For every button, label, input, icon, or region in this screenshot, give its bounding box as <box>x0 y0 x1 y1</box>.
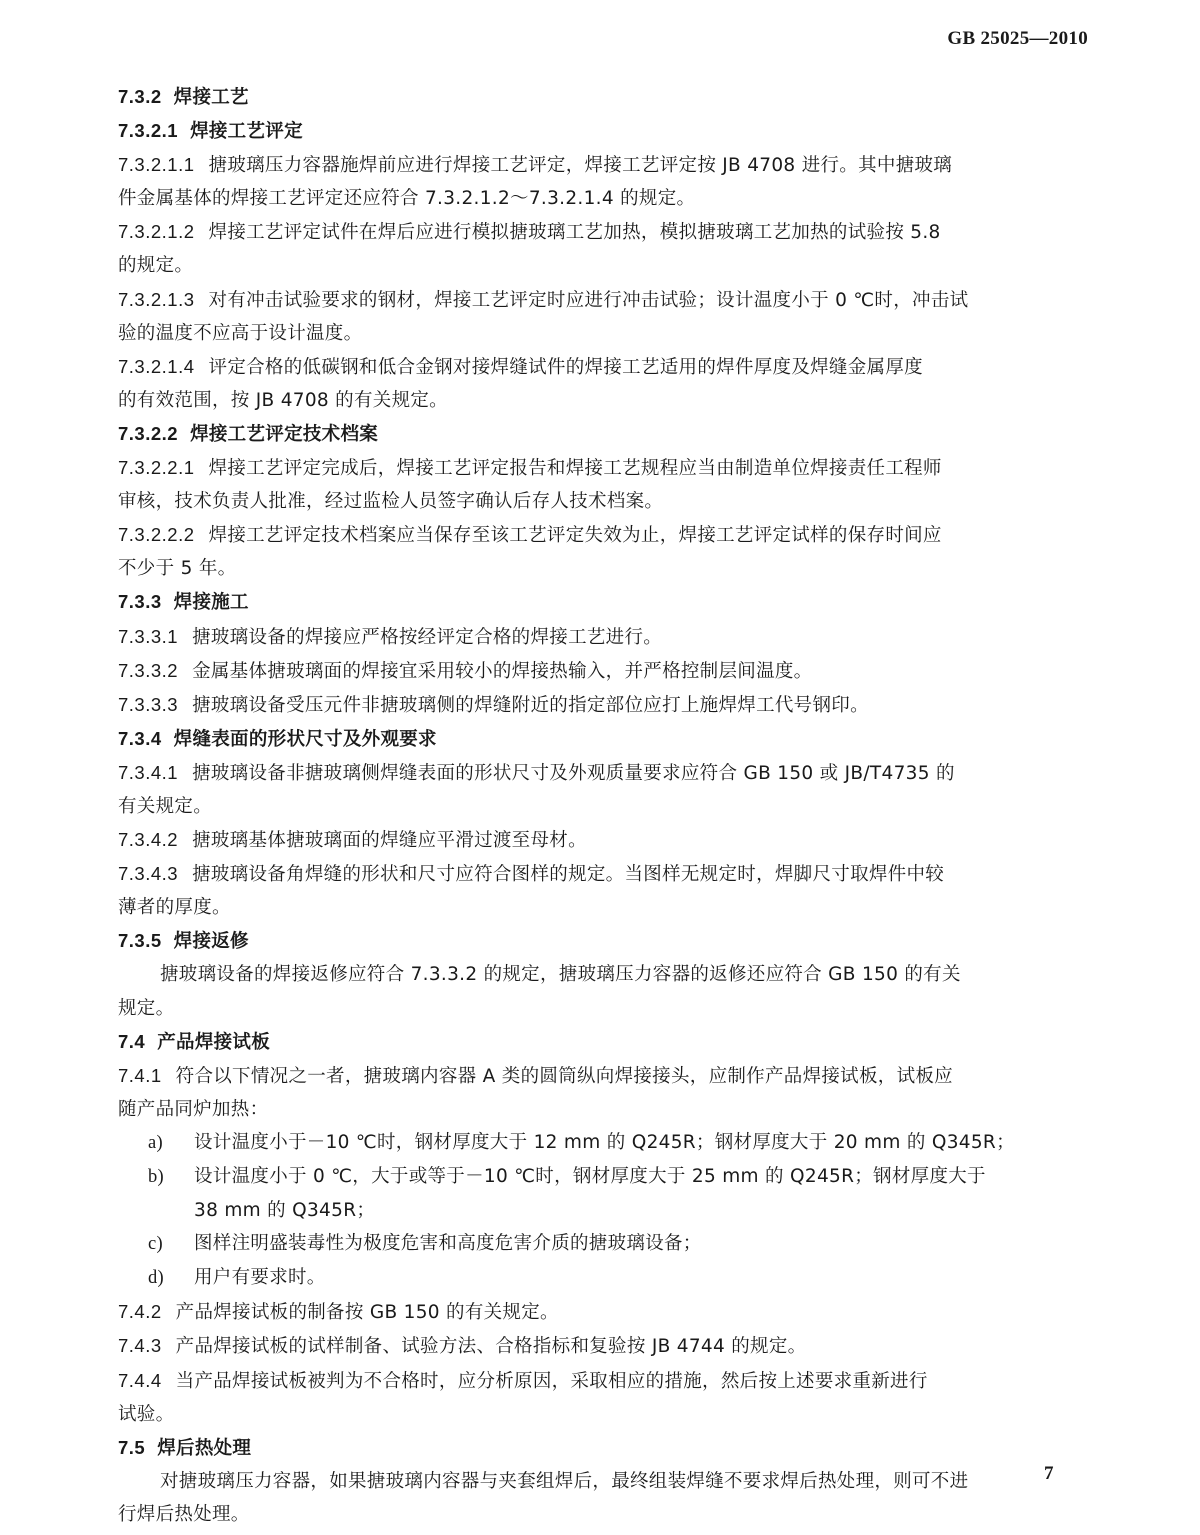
clause-text: 的规定。 <box>118 255 193 276</box>
paragraph-continuation: 规定。 <box>118 992 1078 1025</box>
paragraph-continuation: 审核，技术负责人批准，经过监检人员签字确认后存人技术档案。 <box>118 485 1078 518</box>
clause-text: 产品焊接试板 <box>157 1032 270 1053</box>
standard-code-header: GB 25025—2010 <box>947 28 1088 50</box>
clause-text: 薄者的厚度。 <box>118 897 231 918</box>
clause-number: 7.3.2.2.2 <box>118 524 195 545</box>
clause-number: 7.5 <box>118 1437 145 1458</box>
clause-text: 焊接工艺评定 <box>190 121 303 142</box>
clause-text: 对搪玻璃压力容器，如果搪玻璃内容器与夹套组焊后，最终组装焊缝不要求焊后热处理，则… <box>160 1471 968 1492</box>
list-item: a)设计温度小于－10 ℃时，钢材厚度大于 12 mm 的 Q245R；钢材厚度… <box>118 1126 1078 1160</box>
clause-text: 焊缝表面的形状尺寸及外观要求 <box>174 729 437 750</box>
clause-number: 7.3.2.1.1 <box>118 154 195 175</box>
clause-number: 7.4.3 <box>118 1335 162 1356</box>
clause-text: 产品焊接试板的制备按 GB 150 的有关规定。 <box>176 1302 559 1323</box>
clause-paragraph: 7.4.4当产品焊接试板被判为不合格时，应分析原因，采取相应的措施，然后按上述要… <box>118 1364 1078 1398</box>
clause-paragraph: 7.3.2.1.1搪玻璃压力容器施焊前应进行焊接工艺评定，焊接工艺评定按 JB … <box>118 148 1078 182</box>
clause-text: 行焊后热处理。 <box>118 1504 250 1525</box>
clause-text: 评定合格的低碳钢和低合金钢对接焊缝试件的焊接工艺适用的焊件厚度及焊缝金属厚度 <box>209 357 923 378</box>
clause-text: 的有效范围，按 JB 4708 的有关规定。 <box>118 390 448 411</box>
clause-text: 搪玻璃设备受压元件非搪玻璃侧的焊缝附近的指定部位应打上施焊焊工代号钢印。 <box>192 695 869 716</box>
section-heading: 7.5焊后热处理 <box>118 1431 1078 1465</box>
clause-number: 7.3.3.3 <box>118 694 178 715</box>
clause-text: 焊后热处理 <box>157 1438 251 1459</box>
clause-text: 审核，技术负责人批准，经过监检人员签字确认后存人技术档案。 <box>118 491 663 512</box>
clause-paragraph: 7.3.4.2搪玻璃基体搪玻璃面的焊缝应平滑过渡至母材。 <box>118 823 1078 857</box>
clause-number: 7.4.4 <box>118 1370 162 1391</box>
clause-text: 焊接施工 <box>174 592 249 613</box>
clause-number: 7.3.2.2 <box>118 423 178 444</box>
clause-number: 7.3.4 <box>118 728 162 749</box>
clause-text: 验的温度不应高于设计温度。 <box>118 323 362 344</box>
clause-paragraph: 7.3.2.2.2焊接工艺评定技术档案应当保存至该工艺评定失效为止，焊接工艺评定… <box>118 518 1078 552</box>
clause-text: 试验。 <box>118 1404 174 1425</box>
clause-paragraph: 7.3.4.1搪玻璃设备非搪玻璃侧焊缝表面的形状尺寸及外观质量要求应符合 GB … <box>118 756 1078 790</box>
paragraph-continuation: 薄者的厚度。 <box>118 891 1078 924</box>
clause-text: 搪玻璃设备的焊接返修应符合 7.3.3.2 的规定，搪玻璃压力容器的返修还应符合… <box>160 964 961 985</box>
clause-text: 焊接返修 <box>174 931 249 952</box>
clause-text: 搪玻璃压力容器施焊前应进行焊接工艺评定，焊接工艺评定按 JB 4708 进行。其… <box>209 155 953 176</box>
clause-text: 规定。 <box>118 998 174 1019</box>
clause-text: 件金属基体的焊接工艺评定还应符合 7.3.2.1.2～7.3.2.1.4 的规定… <box>118 188 695 209</box>
clause-paragraph: 7.3.4.3搪玻璃设备角焊缝的形状和尺寸应符合图样的规定。当图样无规定时，焊脚… <box>118 857 1078 891</box>
section-heading: 7.3.4焊缝表面的形状尺寸及外观要求 <box>118 722 1078 756</box>
list-item: b)设计温度小于 0 ℃，大于或等于－10 ℃时，钢材厚度大于 25 mm 的 … <box>118 1160 1078 1194</box>
clause-number: 7.4.1 <box>118 1065 162 1086</box>
paragraph-continuation: 试验。 <box>118 1398 1078 1431</box>
clause-text: 对有冲击试验要求的钢材，焊接工艺评定时应进行冲击试验；设计温度小于 0 ℃时，冲… <box>209 290 969 311</box>
clause-number: 7.3.4.2 <box>118 829 178 850</box>
clause-text: 金属基体搪玻璃面的焊接宜采用较小的焊接热输入，并严格控制层间温度。 <box>192 661 812 682</box>
clause-text: 不少于 5 年。 <box>118 558 236 579</box>
clause-text: 随产品同炉加热： <box>118 1099 268 1120</box>
clause-text: 用户有要求时。 <box>194 1267 326 1288</box>
clause-paragraph: 7.3.2.1.2焊接工艺评定试件在焊后应进行模拟搪玻璃工艺加热，模拟搪玻璃工艺… <box>118 215 1078 249</box>
clause-number: 7.3.2.1 <box>118 120 178 141</box>
clause-number: 7.3.4.1 <box>118 762 178 783</box>
clause-number: 7.3.2.1.4 <box>118 356 195 377</box>
clause-text: 符合以下情况之一者，搪玻璃内容器 A 类的圆筒纵向焊接接头，应制作产品焊接试板，… <box>176 1066 953 1087</box>
clause-text: 搪玻璃基体搪玻璃面的焊缝应平滑过渡至母材。 <box>192 830 587 851</box>
clause-number: 7.3.3.2 <box>118 660 178 681</box>
section-heading: 7.3.2焊接工艺 <box>118 80 1078 114</box>
clause-number: 7.4.2 <box>118 1301 162 1322</box>
section-heading: 7.3.3焊接施工 <box>118 585 1078 619</box>
clause-text: 搪玻璃设备角焊缝的形状和尺寸应符合图样的规定。当图样无规定时，焊脚尺寸取焊件中较 <box>192 864 944 885</box>
section-heading: 7.4产品焊接试板 <box>118 1025 1078 1059</box>
clause-text: 焊接工艺评定完成后，焊接工艺评定报告和焊接工艺规程应当由制造单位焊接责任工程师 <box>209 458 942 479</box>
clause-paragraph: 7.3.2.2.1焊接工艺评定完成后，焊接工艺评定报告和焊接工艺规程应当由制造单… <box>118 451 1078 485</box>
paragraph-continuation: 验的温度不应高于设计温度。 <box>118 317 1078 350</box>
paragraph-continuation: 的有效范围，按 JB 4708 的有关规定。 <box>118 384 1078 417</box>
list-marker: d) <box>148 1262 194 1295</box>
page-number: 7 <box>1044 1463 1054 1485</box>
section-heading: 7.3.5焊接返修 <box>118 924 1078 958</box>
clause-text: 产品焊接试板的试样制备、试验方法、合格指标和复验按 JB 4744 的规定。 <box>176 1336 807 1357</box>
list-marker: a) <box>148 1127 194 1160</box>
clause-paragraph: 7.3.2.1.3对有冲击试验要求的钢材，焊接工艺评定时应进行冲击试验；设计温度… <box>118 283 1078 317</box>
list-item: c)图样注明盛装毒性为极度危害和高度危害介质的搪玻璃设备； <box>118 1227 1078 1261</box>
clause-number: 7.3.3.1 <box>118 626 178 647</box>
list-item: d)用户有要求时。 <box>118 1261 1078 1295</box>
clause-paragraph: 7.3.2.1.4评定合格的低碳钢和低合金钢对接焊缝试件的焊接工艺适用的焊件厚度… <box>118 350 1078 384</box>
paragraph-continuation: 行焊后热处理。 <box>118 1498 1078 1531</box>
list-marker: b) <box>148 1161 194 1194</box>
list-marker: c) <box>148 1228 194 1261</box>
clause-text: 搪玻璃设备非搪玻璃侧焊缝表面的形状尺寸及外观质量要求应符合 GB 150 或 J… <box>192 763 955 784</box>
clause-text: 焊接工艺评定试件在焊后应进行模拟搪玻璃工艺加热，模拟搪玻璃工艺加热的试验按 5.… <box>209 222 941 243</box>
paragraph-continuation: 件金属基体的焊接工艺评定还应符合 7.3.2.1.2～7.3.2.1.4 的规定… <box>118 182 1078 215</box>
paragraph-continuation: 不少于 5 年。 <box>118 552 1078 585</box>
clause-number: 7.3.4.3 <box>118 863 178 884</box>
clause-text: 设计温度小于 0 ℃，大于或等于－10 ℃时，钢材厚度大于 25 mm 的 Q2… <box>194 1166 986 1187</box>
section-heading: 7.3.2.2焊接工艺评定技术档案 <box>118 417 1078 451</box>
clause-number: 7.3.5 <box>118 930 162 951</box>
clause-paragraph: 7.4.1符合以下情况之一者，搪玻璃内容器 A 类的圆筒纵向焊接接头，应制作产品… <box>118 1059 1078 1093</box>
section-heading: 7.3.2.1焊接工艺评定 <box>118 114 1078 148</box>
clause-paragraph: 7.4.3产品焊接试板的试样制备、试验方法、合格指标和复验按 JB 4744 的… <box>118 1329 1078 1363</box>
clause-paragraph: 7.3.3.3搪玻璃设备受压元件非搪玻璃侧的焊缝附近的指定部位应打上施焊焊工代号… <box>118 688 1078 722</box>
body-paragraph: 搪玻璃设备的焊接返修应符合 7.3.3.2 的规定，搪玻璃压力容器的返修还应符合… <box>118 958 1078 991</box>
list-item-continuation: 38 mm 的 Q345R； <box>118 1194 1078 1227</box>
body-paragraph: 对搪玻璃压力容器，如果搪玻璃内容器与夹套组焊后，最终组装焊缝不要求焊后热处理，则… <box>118 1465 1078 1498</box>
clause-text: 搪玻璃设备的焊接应严格按经评定合格的焊接工艺进行。 <box>192 627 662 648</box>
clause-paragraph: 7.3.3.1搪玻璃设备的焊接应严格按经评定合格的焊接工艺进行。 <box>118 620 1078 654</box>
clause-number: 7.3.3 <box>118 591 162 612</box>
clause-text: 焊接工艺评定技术档案应当保存至该工艺评定失效为止，焊接工艺评定试样的保存时间应 <box>209 525 942 546</box>
document-body: 7.3.2焊接工艺7.3.2.1焊接工艺评定7.3.2.1.1搪玻璃压力容器施焊… <box>118 80 1078 1531</box>
clause-number: 7.3.2.2.1 <box>118 457 195 478</box>
paragraph-continuation: 有关规定。 <box>118 790 1078 823</box>
clause-paragraph: 7.4.2产品焊接试板的制备按 GB 150 的有关规定。 <box>118 1295 1078 1329</box>
clause-number: 7.3.2 <box>118 86 162 107</box>
clause-text: 38 mm 的 Q345R； <box>194 1200 375 1221</box>
clause-text: 当产品焊接试板被判为不合格时，应分析原因，采取相应的措施，然后按上述要求重新进行 <box>176 1371 928 1392</box>
paragraph-continuation: 随产品同炉加热： <box>118 1093 1078 1126</box>
clause-text: 设计温度小于－10 ℃时，钢材厚度大于 12 mm 的 Q245R；钢材厚度大于… <box>194 1132 1015 1153</box>
paragraph-continuation: 的规定。 <box>118 249 1078 282</box>
clause-text: 焊接工艺 <box>174 87 249 108</box>
clause-paragraph: 7.3.3.2金属基体搪玻璃面的焊接宜采用较小的焊接热输入，并严格控制层间温度。 <box>118 654 1078 688</box>
clause-number: 7.3.2.1.3 <box>118 289 195 310</box>
clause-number: 7.4 <box>118 1031 145 1052</box>
clause-text: 图样注明盛装毒性为极度危害和高度危害介质的搪玻璃设备； <box>194 1233 702 1254</box>
clause-text: 焊接工艺评定技术档案 <box>190 424 378 445</box>
clause-number: 7.3.2.1.2 <box>118 221 195 242</box>
clause-text: 有关规定。 <box>118 796 212 817</box>
